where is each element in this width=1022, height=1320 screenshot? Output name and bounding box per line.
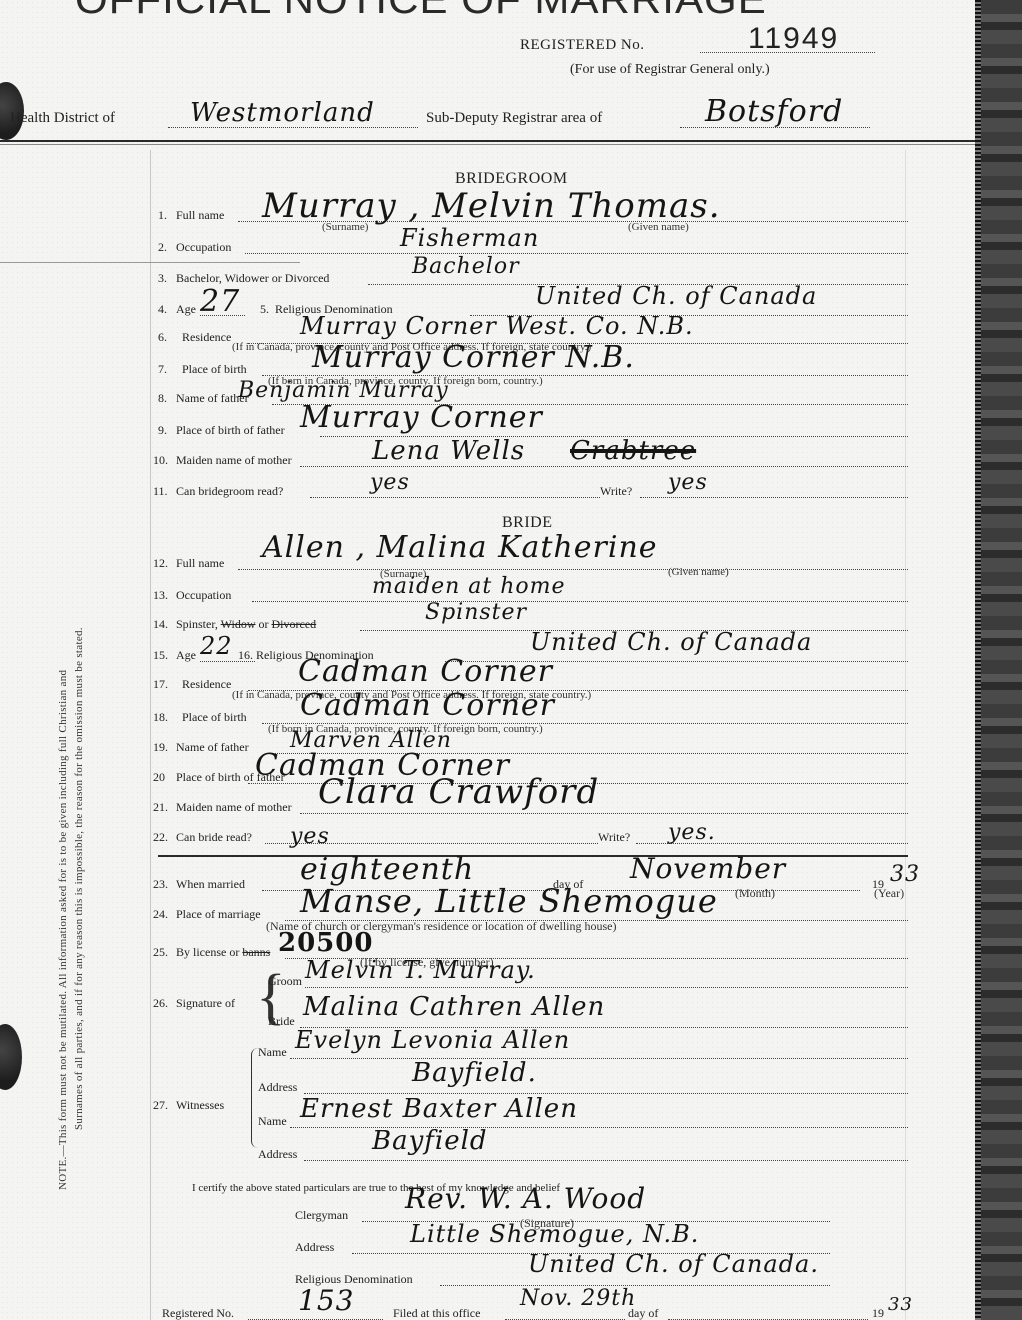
side-note-line-1: NOTE.—This form must not be mutilated. A… [55, 380, 71, 1190]
witnesses-brace [251, 1048, 258, 1148]
field-10-dots [300, 466, 908, 467]
bride-label: Bride [268, 1014, 295, 1029]
sub-deputy-value: Botsford [705, 94, 843, 129]
clergyman-denomination: United Ch. of Canada. [528, 1250, 819, 1278]
field-22-num: 22. [153, 830, 168, 845]
month-hint: (Month) [735, 886, 775, 901]
field-18-num: 18. [153, 710, 168, 725]
field-13-dots [252, 601, 908, 602]
spinster-option: Spinster, [176, 617, 221, 631]
field-22-label: Can bride read? [176, 830, 252, 845]
scan-edge [975, 0, 1022, 1320]
field-19-label: Name of father [176, 740, 249, 755]
footer-year-prefix: 19 [872, 1306, 884, 1320]
bride-marital-status: Spinster [425, 600, 527, 625]
groom-sig-dots [305, 987, 908, 988]
field-21-label: Maiden name of mother [176, 800, 292, 815]
bride-age: 22 [200, 632, 233, 660]
marriage-month: November [630, 852, 786, 885]
bride-mother-maiden-name: Clara Crawford [318, 772, 599, 812]
health-district-label: Health District of [10, 110, 115, 127]
groom-label: Groom [268, 974, 302, 989]
footer-year: 33 [888, 1294, 913, 1315]
field-7-label: Place of birth [182, 362, 247, 377]
witness-1-name-dots [290, 1058, 908, 1059]
groom-mother-maiden-name: Lena Wells [372, 436, 525, 466]
field-27-label: Witnesses [176, 1098, 224, 1113]
groom-signature: Melvin T. Murray. [305, 956, 536, 984]
field-14-label: Spinster, Widow or Divorced [176, 617, 316, 632]
field-11-write-dots [640, 497, 908, 498]
groom-full-name: Murray , Melvin Thomas. [262, 186, 721, 226]
widow-option-struck: Widow [221, 617, 256, 631]
groom-occupation: Fisherman [400, 224, 539, 252]
witness-1-address-label: Address [258, 1080, 297, 1095]
margin-line [150, 150, 151, 1320]
banns-label-struck: banns [242, 945, 270, 959]
field-18-label: Place of birth [182, 710, 247, 725]
field-12-dots [238, 569, 908, 570]
bride-birthplace: Cadman Corner [300, 688, 555, 723]
groom-marital-status: Bachelor [412, 254, 520, 279]
groom-can-read: yes [370, 470, 410, 495]
filed-label: Filed at this office [393, 1306, 480, 1320]
field-15-num: 15. [153, 648, 168, 663]
registered-number: 11949 [748, 22, 839, 56]
field-17-label: Residence [182, 677, 231, 692]
bride-residence: Cadman Corner [298, 654, 553, 689]
filed-date: Nov. 29th [520, 1286, 636, 1311]
field-19-num: 19. [153, 740, 168, 755]
field-27-num: 27. [153, 1098, 168, 1113]
bride-write-label: Write? [598, 830, 630, 845]
write-label: Write? [600, 484, 632, 499]
margin-line-right [905, 150, 906, 1320]
label-or: or [256, 617, 272, 631]
field-7-num: 7. [158, 362, 167, 377]
field-20-num: 20 [153, 770, 165, 785]
groom-religion: United Ch. of Canada [535, 282, 817, 310]
field-12-label: Full name [176, 556, 224, 571]
health-district-value: Westmorland [190, 98, 375, 128]
field-23-num: 23. [153, 877, 168, 892]
field-24-num: 24. [153, 907, 168, 922]
field-4-num: 4. [158, 302, 167, 317]
sub-deputy-label: Sub-Deputy Registrar area of [426, 110, 602, 127]
field-3-num: 3. [158, 271, 167, 286]
witness-2-name: Ernest Baxter Allen [300, 1094, 578, 1124]
groom-can-write: yes [668, 470, 708, 495]
field-15-label: Age [176, 648, 196, 663]
divorced-option-struck: Divorced [272, 617, 317, 631]
field-6-num: 6. [158, 330, 167, 345]
header-rule [0, 140, 975, 142]
groom-residence: Murray Corner West. Co. N.B. [300, 312, 694, 340]
form-title: OFFICIAL NOTICE OF MARRIAGE [75, 0, 767, 23]
bride-signature: Malina Cathren Allen [303, 992, 605, 1022]
year-hint: (Year) [874, 886, 904, 901]
side-note: NOTE.—This form must not be mutilated. A… [55, 380, 87, 1190]
field-6-label: Residence [182, 330, 231, 345]
field-10-num: 10. [153, 453, 168, 468]
footer-registered-label: Registered No. [162, 1306, 234, 1320]
side-note-line-2: Surnames of all parties, and if for any … [71, 380, 87, 1190]
field-8-num: 8. [158, 391, 167, 406]
field-17-num: 17. [153, 677, 168, 692]
witness-1-name-label: Name [258, 1045, 287, 1060]
license-label: By license or [176, 945, 242, 959]
witness-1-name: Evelyn Levonia Allen [295, 1026, 570, 1054]
bride-given-name-hint: (Given name) [668, 566, 729, 578]
field-9-label: Place of birth of father [176, 423, 285, 438]
bride-religion: United Ch. of Canada [530, 628, 812, 656]
bride-end-rule [158, 855, 908, 857]
bride-occupation: maiden at home [372, 574, 566, 599]
field-13-label: Occupation [176, 588, 231, 603]
witness-2-address: Bayfield [372, 1126, 488, 1156]
struck-text: Crabtree [570, 436, 696, 466]
field-25-num: 25. [153, 945, 168, 960]
clergyman-label: Clergyman [295, 1208, 348, 1223]
field-11-label: Can bridegroom read? [176, 484, 283, 499]
witness-2-address-dots [304, 1160, 908, 1161]
field-9-num: 9. [158, 423, 167, 438]
field-25-label: By license or banns [176, 945, 270, 960]
field-5-num: 5. [260, 302, 269, 317]
clergyman-signature: Rev. W. A. Wood [405, 1182, 646, 1215]
witness-1-address: Bayfield. [412, 1058, 537, 1088]
surname-hint: (Surname) [322, 221, 368, 233]
groom-birthplace: Murray Corner N.B. [312, 340, 635, 375]
field-16-num: 16. [238, 648, 253, 663]
registered-label: REGISTERED No. [520, 37, 645, 54]
witness-2-address-label: Address [258, 1147, 297, 1162]
clergyman-address: Little Shemogue, N.B. [410, 1220, 699, 1248]
field-26-num: 26. [153, 996, 168, 1011]
field-24-label: Place of marriage [176, 907, 261, 922]
field-4-label: Age [176, 302, 196, 317]
field-14-num: 14. [153, 617, 168, 632]
field-1-num: 1. [158, 208, 167, 223]
divider-line [0, 262, 300, 263]
groom-father-birthplace: Murray Corner [300, 400, 543, 435]
field-2-num: 2. [158, 240, 167, 255]
given-name-hint: (Given name) [628, 221, 689, 233]
witness-2-name-label: Name [258, 1114, 287, 1129]
field-21-dots [300, 813, 908, 814]
field-2-dots [245, 253, 908, 254]
footer-registered-number: 153 [298, 1284, 354, 1317]
header-rule-thin [0, 144, 975, 145]
footer-day-of-label: day of [628, 1306, 658, 1320]
groom-age: 27 [200, 284, 240, 319]
field-13-num: 13. [153, 588, 168, 603]
field-23-label: When married [176, 877, 245, 892]
field-1-label: Full name [176, 208, 224, 223]
bride-full-name: Allen , Malina Katherine [262, 530, 658, 565]
place-of-marriage: Manse, Little Shemogue [300, 882, 718, 920]
field-11-num: 11. [153, 484, 168, 499]
field-10-label: Maiden name of mother [176, 453, 292, 468]
bride-can-read: yes [290, 824, 330, 849]
bride-can-write: yes. [668, 820, 716, 845]
clergyman-address-label: Address [295, 1240, 334, 1255]
field-12-num: 12. [153, 556, 168, 571]
license-number: 20500 [278, 928, 373, 958]
field-26-label: Signature of [176, 996, 235, 1011]
field-21-num: 21. [153, 800, 168, 815]
field-11-dots [310, 497, 600, 498]
marriage-year: 33 [890, 862, 920, 887]
field-2-label: Occupation [176, 240, 231, 255]
registrar-note: (For use of Registrar General only.) [570, 62, 770, 78]
